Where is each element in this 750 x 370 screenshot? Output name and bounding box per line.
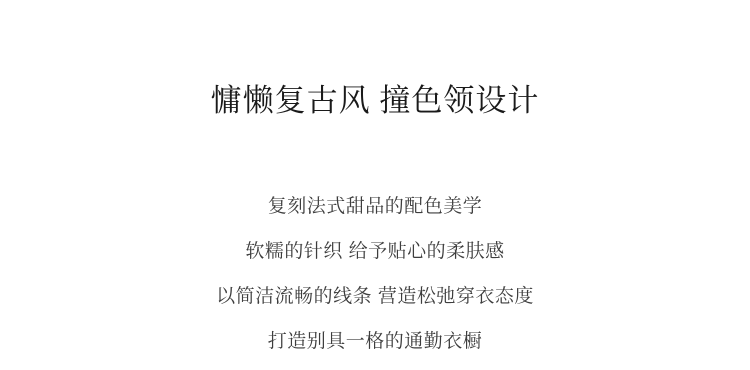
description-line: 打造别具一格的通勤衣橱: [0, 331, 750, 353]
description-line: 以简洁流畅的线条 营造松弛穿衣态度: [0, 286, 750, 308]
product-description-panel: 慵懒复古风 撞色领设计 复刻法式甜品的配色美学 软糯的针织 给予贴心的柔肤感 以…: [0, 0, 750, 370]
description-line: 复刻法式甜品的配色美学: [0, 196, 750, 218]
page-title: 慵懒复古风 撞色领设计: [0, 82, 750, 120]
description-line: 软糯的针织 给予贴心的柔肤感: [0, 241, 750, 263]
